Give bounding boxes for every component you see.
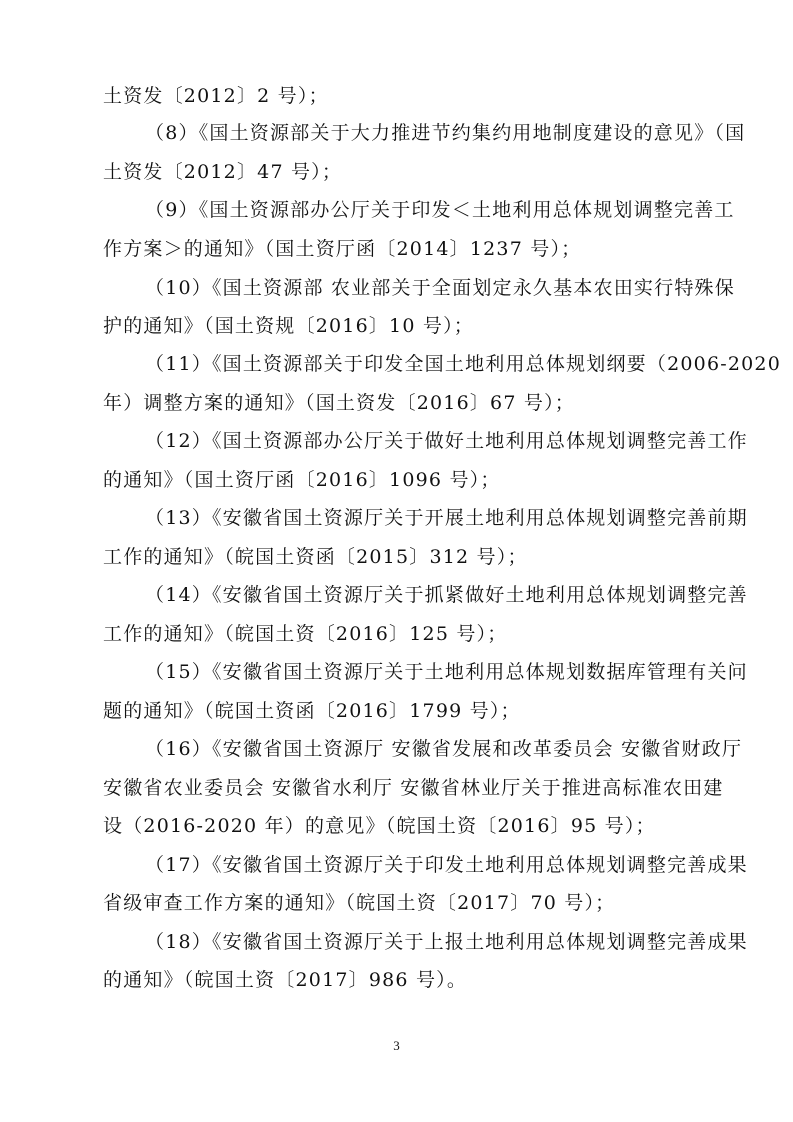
document-page: 土资发〔2012〕2 号）；（8）《国土资源部关于大力推进节约集约用地制度建设的… <box>0 0 793 1122</box>
page-number: 3 <box>0 1038 793 1054</box>
text-line: 土资发〔2012〕47 号）； <box>103 160 703 184</box>
text-line: 题的通知》（皖国土资函〔2016〕1799 号）； <box>103 699 703 723</box>
text-line: （12）《国土资源部办公厅关于做好土地利用总体规划调整完善工作 <box>145 429 705 453</box>
text-line: （11）《国土资源部关于印发全国土地利用总体规划纲要（2006-2020 <box>145 352 705 376</box>
text-line: 的通知》（国土资厅函〔2016〕1096 号）； <box>103 468 703 492</box>
text-line: （8）《国土资源部关于大力推进节约集约用地制度建设的意见》（国 <box>145 121 705 145</box>
text-line: （17）《安徽省国土资源厅关于印发土地利用总体规划调整完善成果 <box>145 853 705 877</box>
text-line: 工作的通知》（皖国土资〔2016〕125 号）； <box>103 622 703 646</box>
text-line: （9）《国土资源部办公厅关于印发＜土地利用总体规划调整完善工 <box>145 198 705 222</box>
text-line: 省级审查工作方案的通知》（皖国土资〔2017〕70 号）； <box>103 891 703 915</box>
text-line: （13）《安徽省国土资源厅关于开展土地利用总体规划调整完善前期 <box>145 506 705 530</box>
text-line: 土资发〔2012〕2 号）； <box>103 84 703 108</box>
text-line: （14）《安徽省国土资源厅关于抓紧做好土地利用总体规划调整完善 <box>145 583 705 607</box>
text-line: 的通知》（皖国土资〔2017〕986 号）。 <box>103 968 703 992</box>
text-line: 安徽省农业委员会 安徽省水利厅 安徽省林业厅关于推进高标准农田建 <box>103 776 703 800</box>
text-line: （15）《安徽省国土资源厅关于土地利用总体规划数据库管理有关问 <box>145 660 705 684</box>
text-line: （10）《国土资源部 农业部关于全面划定永久基本农田实行特殊保 <box>145 276 705 300</box>
text-line: 年）调整方案的通知》（国土资发〔2016〕67 号）； <box>103 391 703 415</box>
text-line: 作方案＞的通知》（国土资厅函〔2014〕1237 号）； <box>103 237 703 261</box>
text-line: 护的通知》（国土资规〔2016〕10 号）； <box>103 314 703 338</box>
text-line: （16）《安徽省国土资源厅 安徽省发展和改革委员会 安徽省财政厅 <box>145 737 705 761</box>
text-line: （18）《安徽省国土资源厅关于上报土地利用总体规划调整完善成果 <box>145 930 705 954</box>
text-line: 工作的通知》（皖国土资函〔2015〕312 号）； <box>103 545 703 569</box>
text-line: 设（2016-2020 年）的意见》（皖国土资〔2016〕95 号）； <box>103 814 703 838</box>
